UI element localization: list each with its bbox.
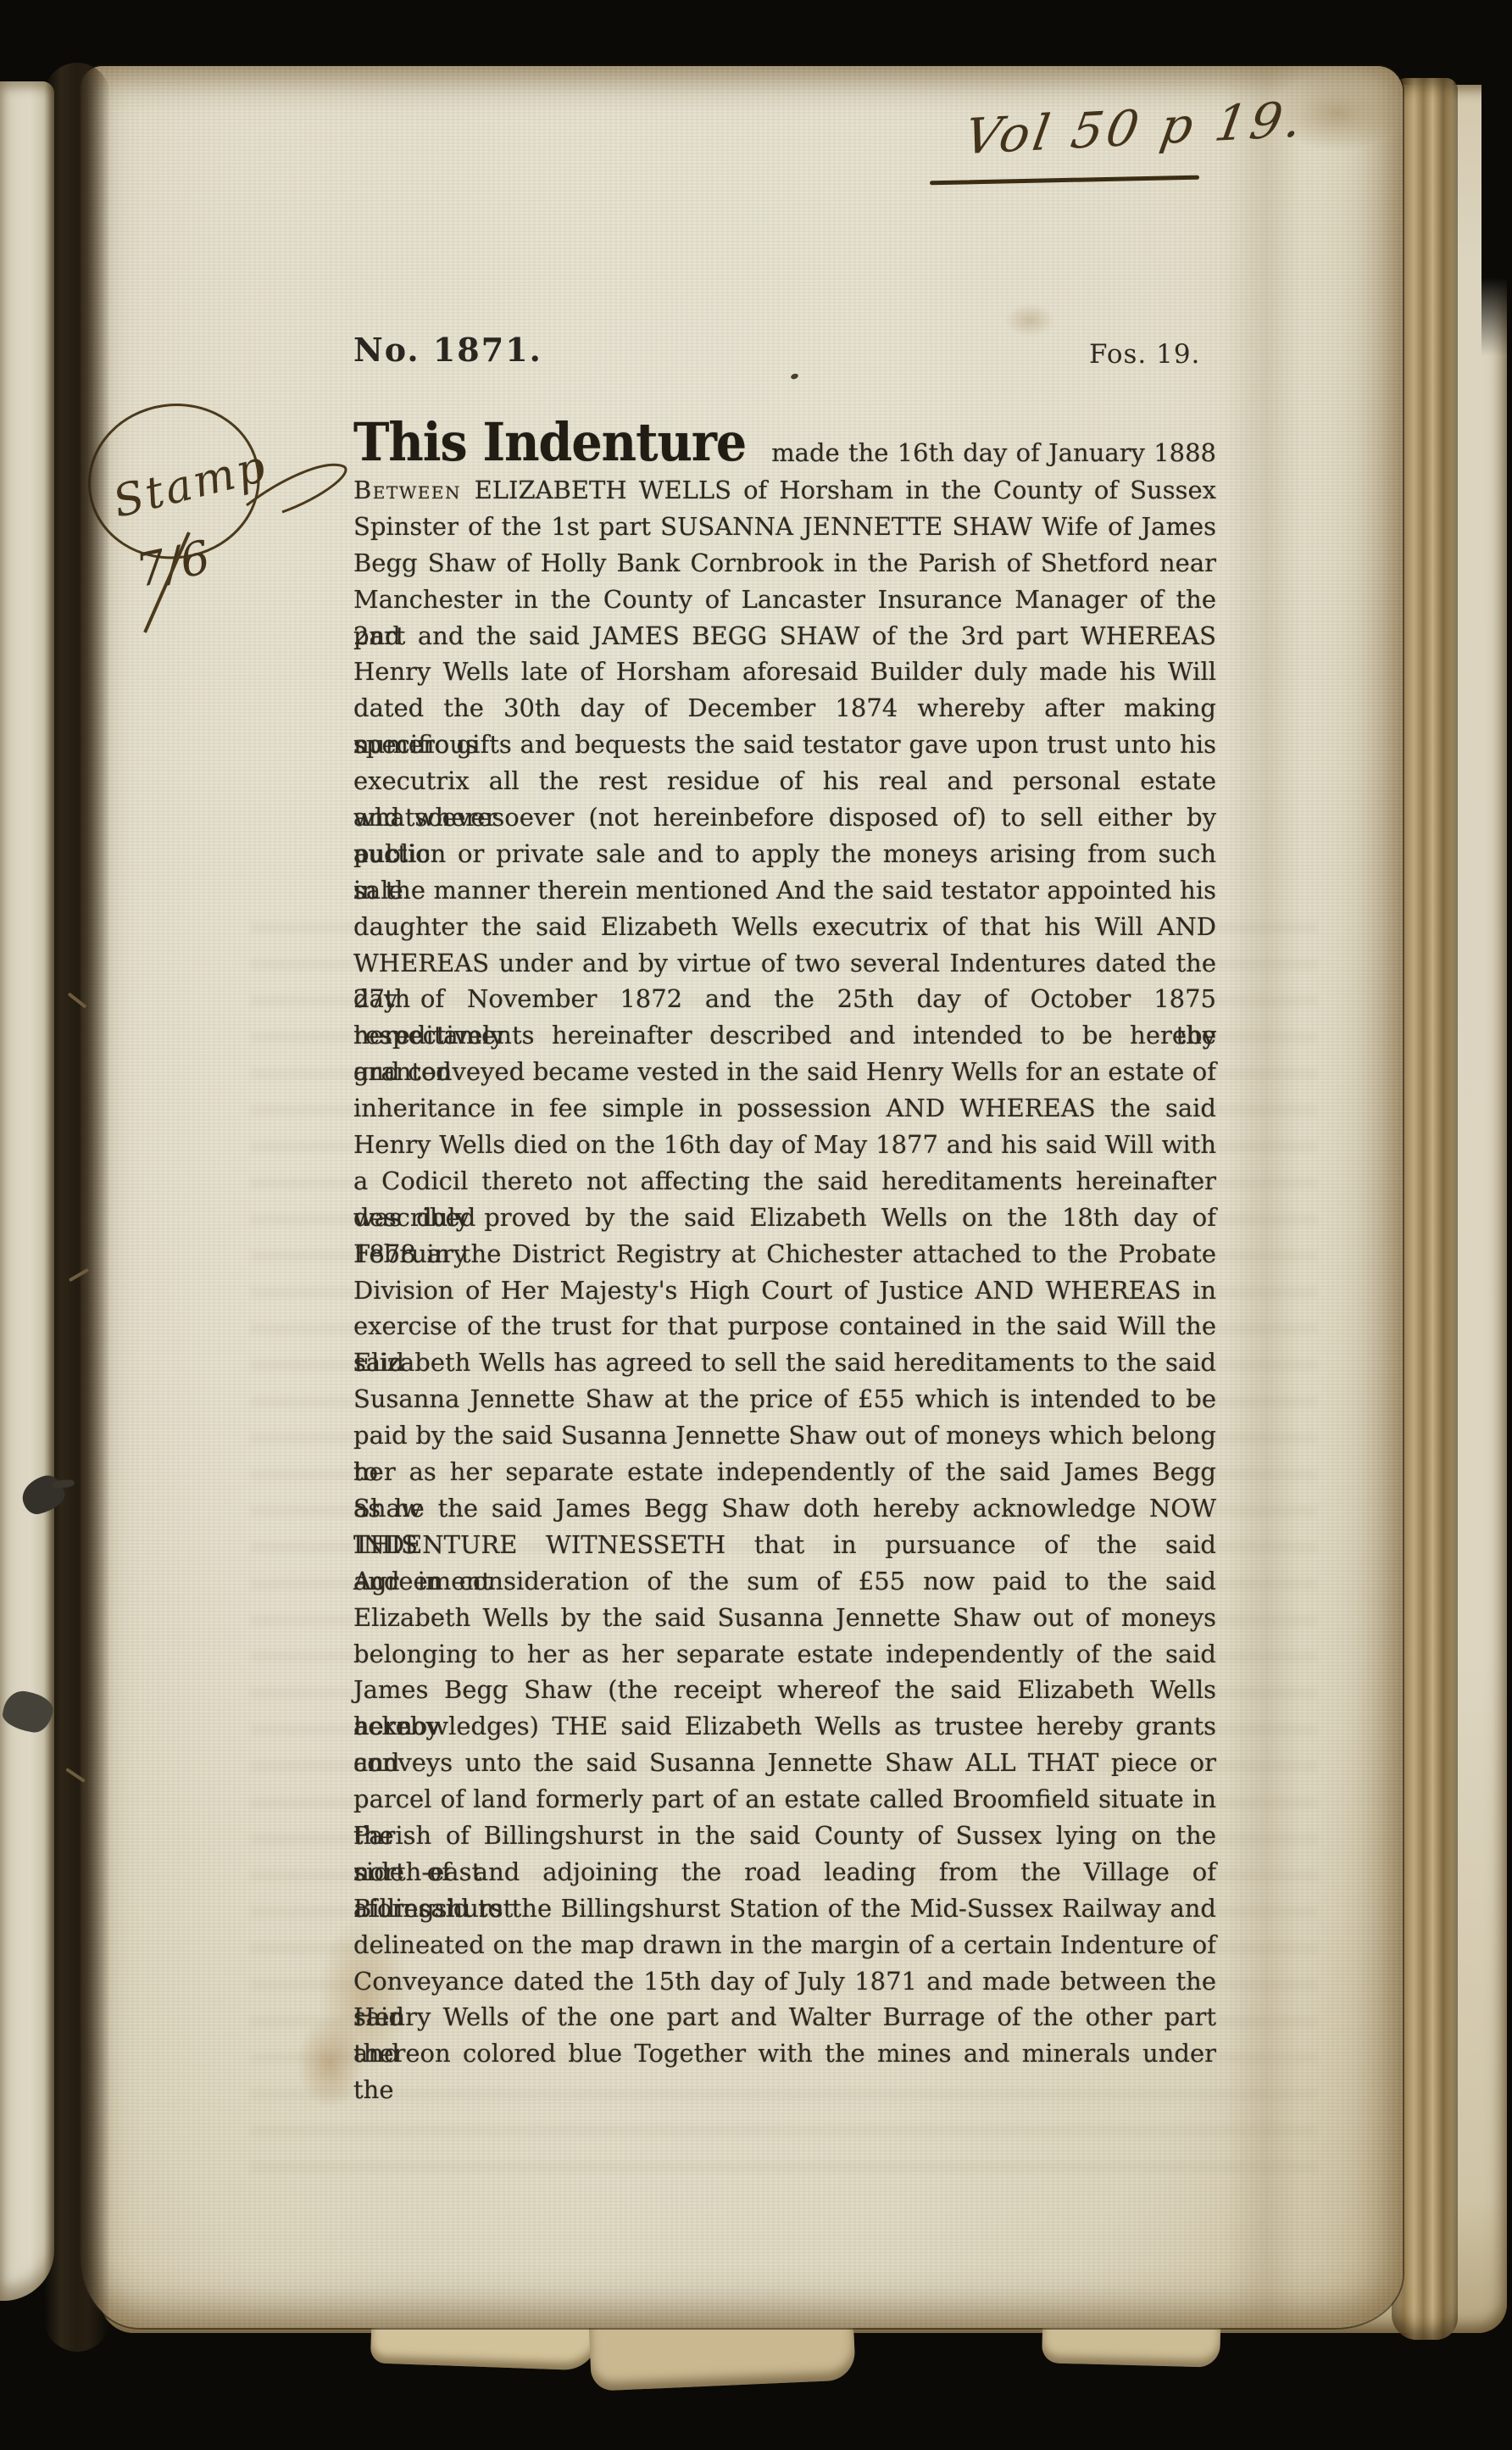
text-line: hereditaments hereinafter described and … — [353, 1017, 1216, 1054]
text-line: James Begg Shaw (the receipt whereof the… — [353, 1672, 1216, 1708]
text-line: WHEREAS under and by virtue of two sever… — [353, 945, 1216, 982]
text-line: Between ELIZABETH WELLS of Horsham in th… — [353, 472, 1216, 509]
text-line: INDENTURE WITNESSETH that in pursuance o… — [353, 1527, 1216, 1563]
text-line: dated the 30th day of December 1874 wher… — [353, 690, 1216, 727]
text-line: day of November 1872 and the 25th day of… — [353, 981, 1216, 1017]
book-scan: Vol 50 p 19. No. 1871. Fos. 19. Stamp 7/… — [0, 0, 1512, 2450]
volume-annotation-underline — [930, 175, 1199, 186]
text-line: her as her separate estate independently… — [353, 1454, 1216, 1490]
folio-label: Fos. 19. — [1089, 339, 1200, 370]
stamp-annotation: Stamp 7/6 — [70, 378, 350, 658]
text-line: side of and adjoining the road leading f… — [353, 1854, 1216, 1890]
text-line: delineated on the map drawn in the margi… — [353, 1927, 1216, 1963]
text-line: Susanna Jennette Shaw at the price of £5… — [353, 1381, 1216, 1417]
text-line: Conveyance dated the 15th day of July 18… — [353, 1963, 1216, 2000]
text-line: in the manner therein mentioned And the … — [353, 872, 1216, 909]
text-line: Elizabeth Wells has agreed to sell the s… — [353, 1345, 1216, 1381]
text-line: 1878 in the District Registry at Chiches… — [353, 1236, 1216, 1272]
body-lines: Between ELIZABETH WELLS of Horsham in th… — [353, 472, 1216, 2072]
text-line: and conveyed became vested in the said H… — [353, 1054, 1216, 1090]
text-line: Henry Wells late of Horsham aforesaid Bu… — [353, 654, 1216, 690]
text-line: parcel of land formerly part of an estat… — [353, 1781, 1216, 1818]
ink-speck — [790, 373, 799, 381]
text-line: was duly proved by the said Elizabeth We… — [353, 1200, 1216, 1236]
text-line: as he the said James Begg Shaw doth here… — [353, 1490, 1216, 1527]
text-line: belonging to her as her separate estate … — [353, 1636, 1216, 1673]
text-line: Henry Wells of the one part and Walter B… — [353, 1999, 1216, 2035]
text-line: aforesaid to the Billingshurst Station o… — [353, 1890, 1216, 1927]
text-line: Manchester in the County of Lancaster In… — [353, 582, 1216, 618]
text-line: conveys unto the said Susanna Jennette S… — [353, 1745, 1216, 1781]
ledger-page: Vol 50 p 19. No. 1871. Fos. 19. Stamp 7/… — [81, 66, 1403, 2328]
background-corner — [1481, 0, 1512, 356]
page-curvature-shading — [1225, 66, 1301, 2328]
stamp-value: 7/6 — [131, 530, 214, 598]
facing-page-strip — [0, 81, 54, 2301]
heading-continuation: made the 16th day of January 1888 — [771, 438, 1216, 467]
document-number: No. 1871. — [353, 331, 542, 369]
blackletter-heading: This Indenture — [353, 412, 746, 473]
small-caps-lead: Between — [353, 476, 475, 504]
text-line: thereon colored blue Together with the m… — [353, 2035, 1216, 2072]
text-line: auction or private sale and to apply the… — [353, 836, 1216, 872]
text-line: specific gifts and bequests the said tes… — [353, 727, 1216, 763]
text-line: Spinster of the 1st part SUSANNA JENNETT… — [353, 509, 1216, 545]
text-line: acknowledges) THE said Elizabeth Wells a… — [353, 1708, 1216, 1745]
text-line: Henry Wells died on the 16th day of May … — [353, 1127, 1216, 1163]
text-line: Parish of Billingshurst in the said Coun… — [353, 1818, 1216, 1854]
text-line: exercise of the trust for that purpose c… — [353, 1308, 1216, 1345]
text-line: and wheresoever (not hereinbefore dispos… — [353, 799, 1216, 836]
heading-line: This Indenture made the 16th day of Janu… — [353, 416, 1216, 472]
text-line: daughter the said Elizabeth Wells execut… — [353, 909, 1216, 945]
text-line: Elizabeth Wells by the said Susanna Jenn… — [353, 1600, 1216, 1636]
indenture-text: This Indenture made the 16th day of Janu… — [353, 416, 1216, 2072]
text-line: part and the said JAMES BEGG SHAW of the… — [353, 618, 1216, 654]
text-line: Begg Shaw of Holly Bank Cornbrook in the… — [353, 545, 1216, 582]
stain-mark — [1004, 303, 1055, 337]
text-line: and in consideration of the sum of £55 n… — [353, 1563, 1216, 1600]
text-line: executrix all the rest residue of his re… — [353, 763, 1216, 799]
text-line: Division of Her Majesty's High Court of … — [353, 1272, 1216, 1309]
text-line: a Codicil thereto not affecting the said… — [353, 1163, 1216, 1200]
volume-annotation: Vol 50 p 19. — [960, 89, 1337, 165]
text-line: paid by the said Susanna Jennette Shaw o… — [353, 1417, 1216, 1454]
text-line: inheritance in fee simple in possession … — [353, 1090, 1216, 1127]
